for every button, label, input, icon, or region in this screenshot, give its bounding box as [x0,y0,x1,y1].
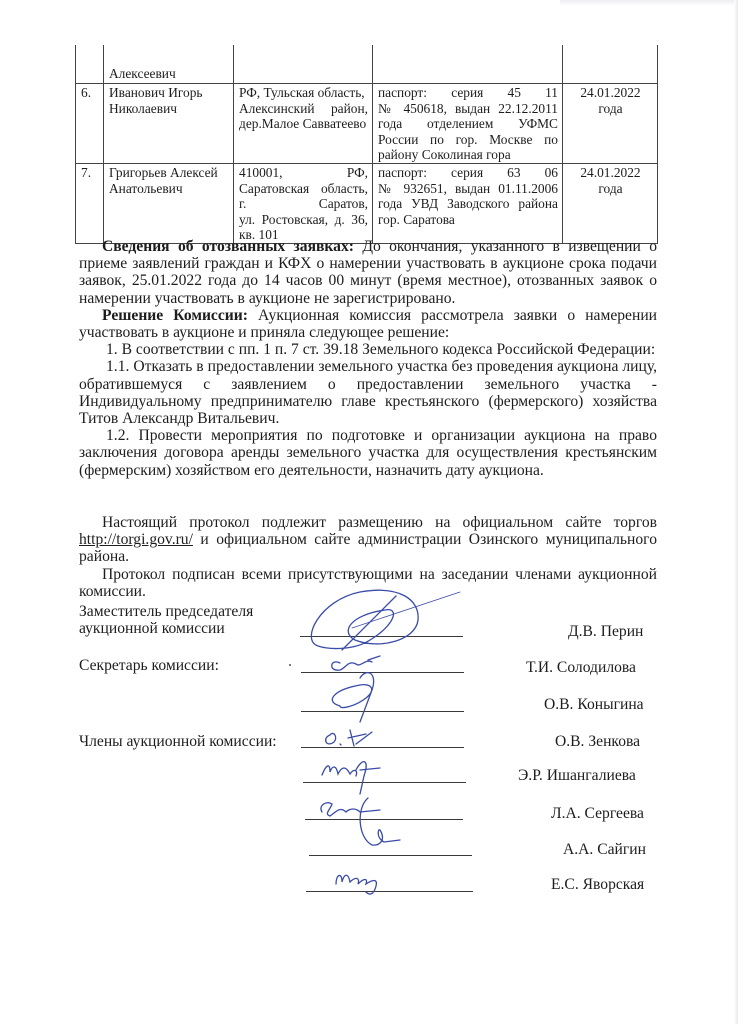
handwritten-signatures [0,0,738,1024]
